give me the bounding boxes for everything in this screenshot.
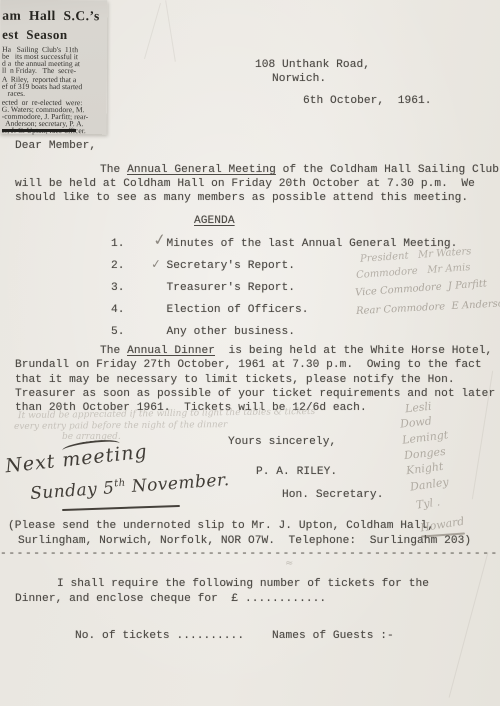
clipping-body-line: races. [2, 90, 25, 98]
agenda-item-1-number: 1. [111, 238, 125, 250]
agenda-item-2: 2.Secretary's Report. [111, 260, 295, 273]
ink-underline-stroke [62, 505, 180, 511]
agenda-item-3: 3.Treasurer's Report. [111, 282, 295, 295]
letter-date: 6th October, 1961. [303, 95, 432, 108]
sender-address-line1: 108 Unthank Road, [255, 59, 370, 72]
agenda-title: AGENDA [194, 215, 235, 228]
signature-name: P. A. RILEY. [256, 466, 337, 479]
para1-line1-pre: The [100, 164, 127, 176]
agenda-item-5-text: Any other business. [167, 326, 296, 338]
para2-line2: Brundall on Friday 27th October, 1961 at… [15, 359, 482, 372]
pencil-note-line: every entry paid before the night of the… [14, 420, 227, 432]
agenda-item-1-text: Minutes of the last Annual General Meeti… [167, 238, 458, 250]
agenda-item-3-text: Treasurer's Report. [167, 282, 296, 294]
letter-page: am Hall S.C.’s est Season Ha Sailing Clu… [0, 0, 500, 706]
clipping-headline-2: est Season [2, 27, 68, 43]
pencil-checkmark-item1: ✓ [152, 229, 168, 250]
agenda-item-5: 5.Any other business. [111, 326, 295, 339]
para2-line1-post: is being held at the White Horse Hotel, [215, 345, 492, 357]
para1-line3: should like to see as many members as po… [15, 192, 468, 205]
paper-crease [165, 0, 176, 61]
paper-crease [144, 3, 161, 59]
para2-line4: Treasurer as soon as possible of your ti… [15, 388, 495, 401]
agenda-item-5-number: 5. [111, 326, 125, 338]
agenda-item-2-number: 2. [111, 260, 125, 272]
pencil-name: Tyl . [415, 495, 441, 511]
pencil-name: Dowd [399, 414, 432, 430]
para1-underlined-phrase: Annual General Meeting [127, 164, 276, 176]
tear-off-line: ----------------------------------------… [0, 548, 497, 561]
newspaper-clipping: am Hall S.C.’s est Season Ha Sailing Clu… [0, 0, 107, 134]
ink-note-line2: Sunday 5th November. [30, 470, 231, 504]
paper-crease [449, 552, 489, 697]
para2-underlined-phrase: Annual Dinner [127, 345, 215, 357]
salutation: Dear Member, [15, 140, 96, 153]
ink-note-line2-start: Sunday 5 [30, 478, 116, 504]
pencil-checkmark-item2: ✓ [150, 257, 161, 272]
para1-line1-post: of the Coldham Hall Sailing Club [276, 164, 499, 176]
para2-line1-pre: The [100, 345, 127, 357]
ink-note-line2-end: November. [125, 470, 230, 497]
slip-tickets-label: No. of tickets .......... [75, 630, 244, 643]
pencil-name: Lemingt [401, 428, 449, 447]
para1-line2: will be held at Coldham Hall on Friday 2… [15, 178, 475, 191]
slip-guests-label: Names of Guests :- [272, 630, 394, 643]
pencil-officers-line: Commodore Mr Amis [356, 262, 471, 281]
clipping-headline-1: am Hall S.C.’s [2, 8, 100, 25]
slip-note-line2: Surlingham, Norwich, Norfolk, NOR O7W. T… [18, 535, 471, 548]
slip-note-line1: (Please send the undernoted slip to Mr. … [8, 520, 434, 533]
pencil-name: Danley [409, 475, 449, 493]
agenda-item-4: 4.Election of Officers. [111, 304, 309, 317]
ink-note-line2-sup: th [114, 478, 126, 490]
para2-line3: that it may be necessary to limit ticket… [15, 374, 455, 387]
clipping-bottom-rule [2, 129, 76, 132]
clipping-body-line: ll n Friday. The secre- [2, 67, 76, 75]
agenda-item-3-number: 3. [111, 282, 125, 294]
pencil-officers-line: Rear Commodore E Anderson [356, 298, 500, 317]
closing: Yours sincerely, [228, 436, 336, 449]
signature-role: Hon. Secretary. [282, 489, 383, 502]
agenda-item-4-number: 4. [111, 304, 125, 316]
slip-form-line1: I shall require the following number of … [57, 578, 429, 591]
agenda-item-4-text: Election of Officers. [167, 304, 309, 316]
para1-line1: The Annual General Meeting of the Coldha… [100, 164, 499, 177]
sender-address-line2: Norwich. [272, 73, 326, 86]
pencil-mark: ≈ [285, 558, 293, 569]
agenda-item-2-text: Secretary's Report. [167, 260, 296, 272]
slip-form-line2: Dinner, and enclose cheque for £ .......… [15, 593, 326, 606]
para2-line1: The Annual Dinner is being held at the W… [100, 345, 492, 358]
pencil-officers-line: Vice Commodore J Parfitt [355, 278, 487, 298]
pencil-name: Lesli [404, 400, 432, 416]
pencil-name: Knight [405, 460, 444, 477]
